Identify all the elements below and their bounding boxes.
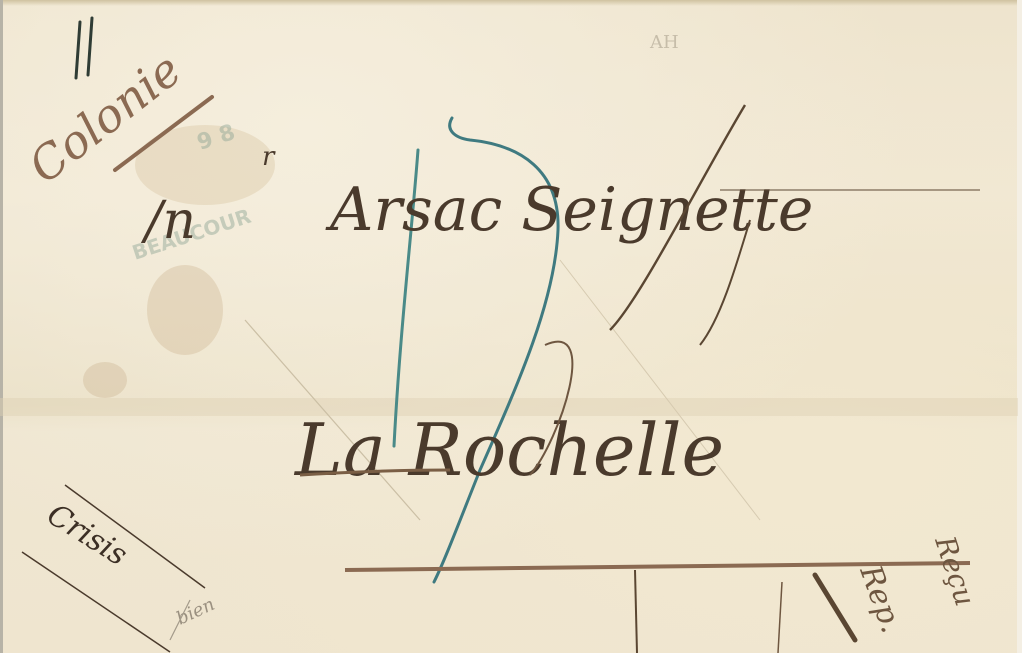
boxed-note: Crisis	[22, 485, 205, 652]
water-stains	[83, 125, 275, 398]
recu-note: Reçu	[928, 531, 982, 610]
recipient-name: Arsac Seignette	[325, 175, 813, 245]
faded-top-text: AH	[649, 32, 679, 53]
svg-text:r: r	[262, 142, 276, 172]
svg-text:Crisis: Crisis	[41, 497, 134, 573]
slash-mark	[815, 575, 855, 640]
handwriting-layer: 9 8 BEAUCOUR AH Colonie /n r Arsac Seign…	[0, 0, 1022, 653]
mark-11	[76, 18, 92, 78]
pencil-note: bien	[173, 594, 218, 630]
salutation: /n	[140, 191, 196, 251]
destination-city: La Rochelle	[293, 408, 724, 492]
letter-cover: 9 8 BEAUCOUR AH Colonie /n r Arsac Seign…	[0, 0, 1022, 653]
rep-note: Rep.	[852, 560, 909, 638]
